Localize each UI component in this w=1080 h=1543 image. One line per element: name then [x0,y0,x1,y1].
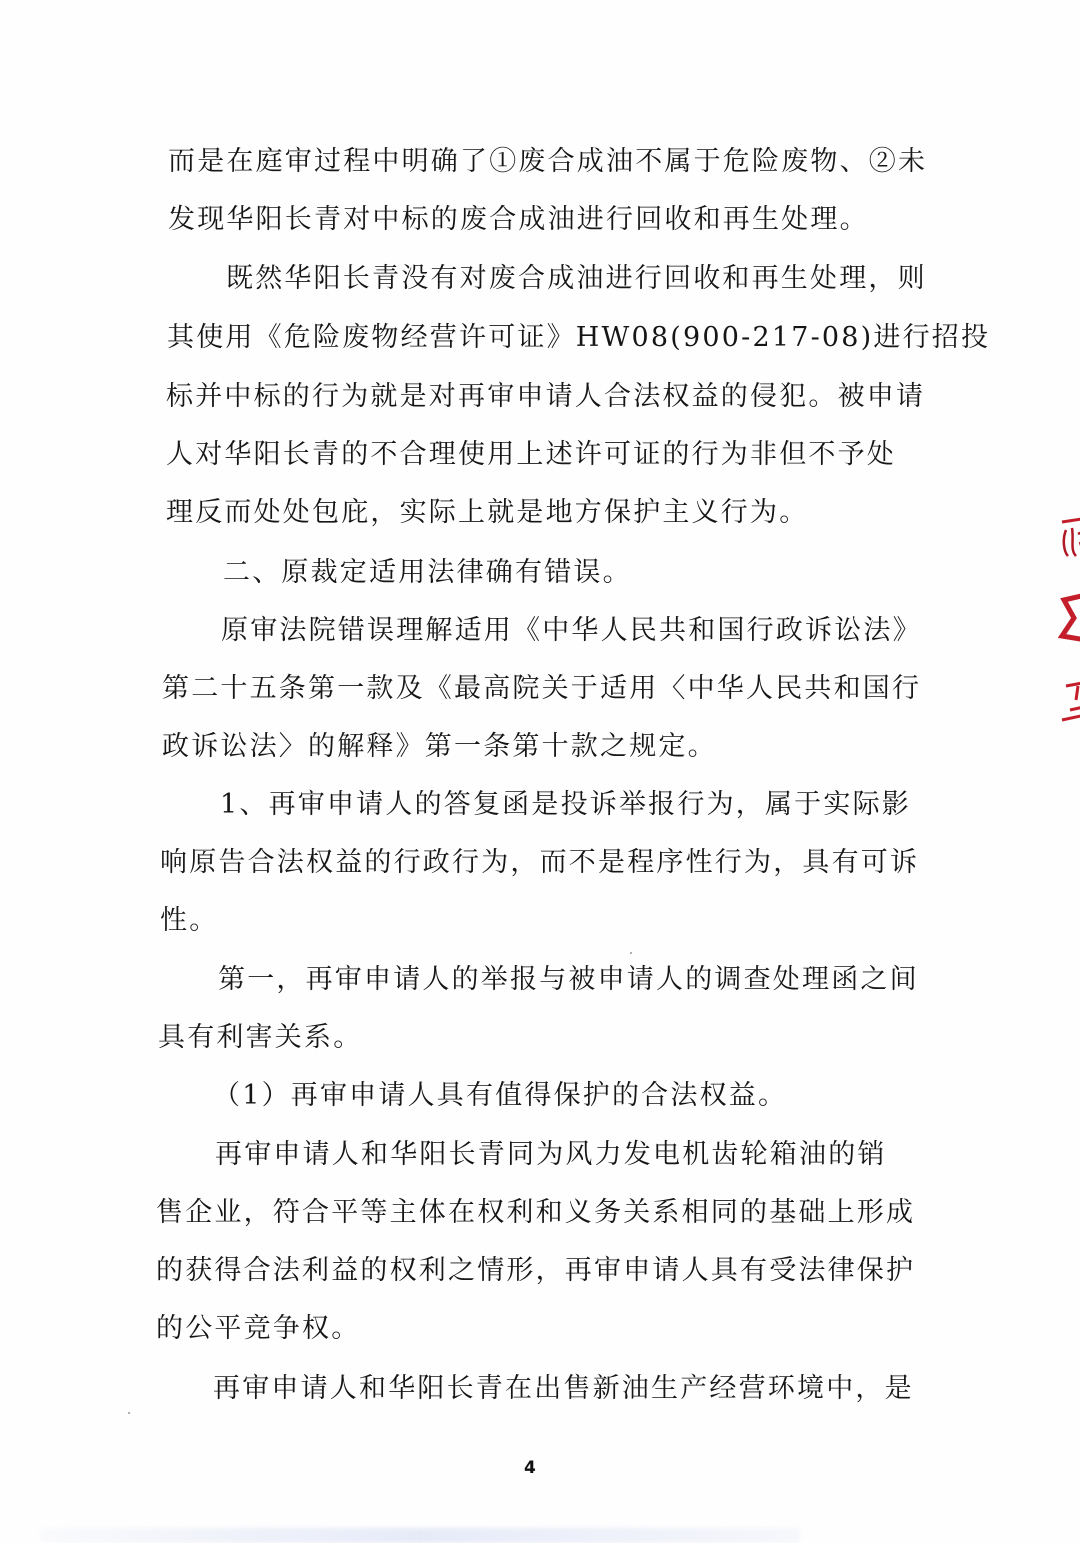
text-line: 具有利害关系。 [158,1018,362,1058]
document-page: 而是在庭审过程中明确了①废合成油不属于危险废物、②未发现华阳长青对中标的废合成油… [0,0,1080,1543]
text-line: 第二十五条第一款及《最高院关于适用〈中华人民共和国行 [162,669,921,709]
text-line: 再审申请人和华阳长青在出售新油生产经营环境中，是 [213,1369,914,1409]
text-line: 理反而处处包庇，实际上就是地方保护主义行为。 [166,493,808,533]
text-line: （1）再审申请人具有值得保护的合法权益。 [213,1076,787,1116]
text-line: 性。 [160,901,218,941]
text-line: 的获得合法利益的权利之情形，再审申请人具有受法律保护 [156,1251,915,1291]
text-line: 政诉讼法〉的解释》第一条第十款之规定。 [162,727,717,767]
text-line: 人对华阳长青的不合理使用上述许可证的行为非但不予处 [166,435,896,475]
text-line: 的公平竞争权。 [156,1309,360,1349]
page-number: 4 [524,1458,536,1478]
text-line: 而是在庭审过程中明确了①废合成油不属于危险废物、②未 [168,142,927,182]
text-line: 二、原裁定适用法律确有错误。 [223,553,632,593]
red-seal-stamp-icon [1052,500,1080,730]
text-line: 第一，再审申请人的举报与被申请人的调查处理函之间 [218,960,919,1000]
text-line: 售企业，符合平等主体在权利和义务关系相同的基础上形成 [156,1193,915,1233]
text-line: 发现华阳长青对中标的废合成油进行回收和再生处理。 [168,200,869,240]
text-line: 既然华阳长青没有对废合成油进行回收和再生处理，则 [226,259,927,299]
text-line: 响原告合法权益的行政行为，而不是程序性行为，具有可诉 [160,843,919,883]
text-line: 原审法院错误理解适用《中华人民共和国行政诉讼法》 [221,611,922,651]
text-line: 再审申请人和华阳长青同为风力发电机齿轮箱油的销 [215,1135,887,1175]
scan-speck [630,952,632,954]
text-line: 1、再审申请人的答复函是投诉举报行为，属于实际影 [220,785,911,825]
text-line: 标并中标的行为就是对再审申请人合法权益的侵犯。被申请 [166,377,925,417]
scan-speck [128,1412,130,1414]
text-line: 其使用《危险废物经营许可证》HW08(900-217-08)进行招投 [167,318,990,358]
scan-edge-shadow [40,1528,800,1543]
